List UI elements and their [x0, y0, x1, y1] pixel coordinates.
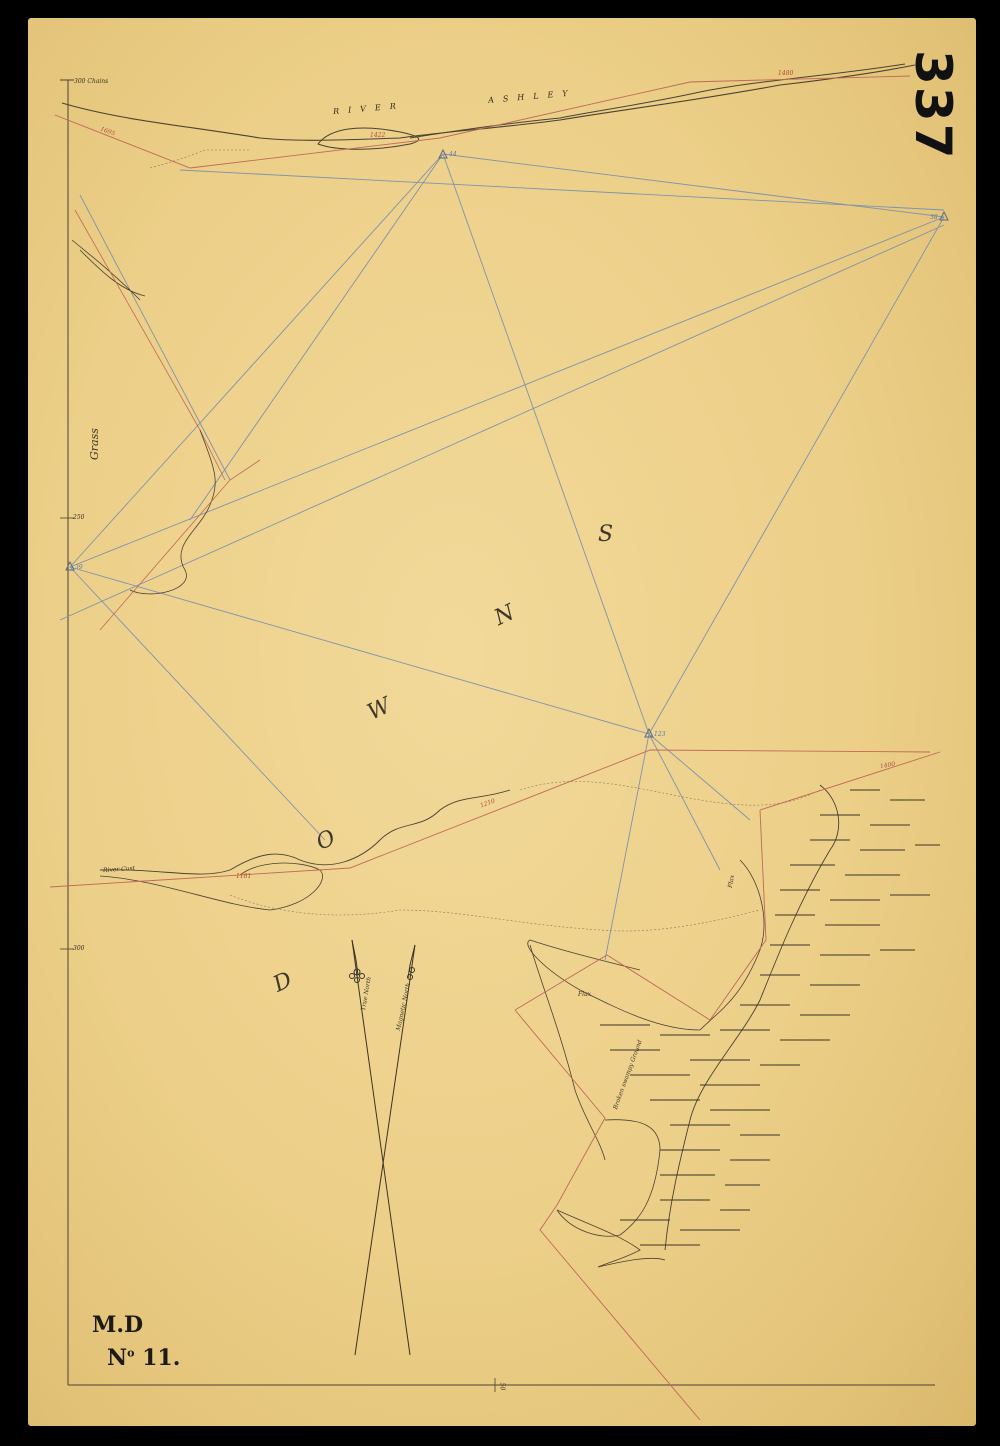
grass-label: Grass	[88, 428, 101, 460]
left-tick-label-1: 250	[73, 514, 84, 521]
sheet-number: 337	[842, 50, 962, 120]
swamp-hatching	[600, 790, 940, 1245]
survey-drawing	[0, 0, 1000, 1446]
river-cust	[100, 790, 510, 874]
chain-value: 1181	[236, 873, 251, 880]
swamp-edge	[665, 785, 839, 1250]
triangulation-network	[60, 154, 944, 960]
downs-letter-s: S	[598, 522, 613, 547]
flax-label-1: Flax	[578, 991, 591, 998]
bottom-tick-label: 50	[498, 1383, 505, 1391]
plate-number: No 11.	[107, 1345, 180, 1371]
boundary-lines	[515, 752, 940, 1420]
scale-label-top: 300 Chains	[74, 78, 108, 85]
trig-label-left: 39	[75, 564, 83, 571]
trig-stations	[66, 150, 948, 737]
chain-value: 1480	[778, 70, 793, 77]
trig-label-center: 123	[654, 731, 665, 738]
trig-label-top: 44	[449, 151, 457, 158]
series-title: M.D	[92, 1312, 143, 1338]
left-tick-label-2: 300	[73, 945, 84, 952]
trig-label-right: 38	[930, 214, 938, 221]
chain-value: 1422	[370, 132, 385, 139]
cust-traverse-line	[50, 750, 930, 887]
ashley-traverse-line	[55, 76, 910, 168]
